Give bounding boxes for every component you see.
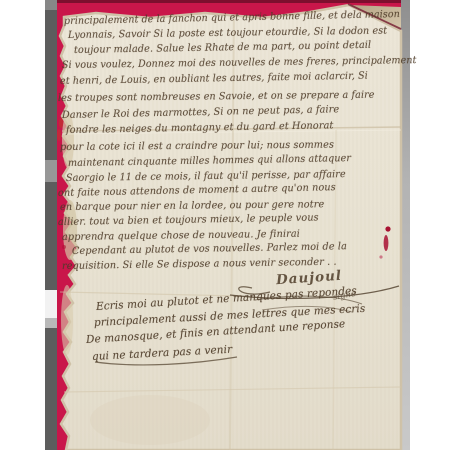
manuscript-line: qui ne tardera pas a venir	[92, 343, 233, 363]
manuscript-line: Cependant au plutot de vos nouvelles. Pa…	[72, 241, 347, 257]
manuscript-line: Lyonnais, Savoir Si la poste est toujour…	[68, 26, 387, 41]
manuscript-line: en barque pour nier en la lordee, ou pou…	[60, 199, 324, 213]
manuscript-line: apprendra quelque chose de nouveau. Je f…	[62, 229, 300, 243]
manuscript-line: requisition. Si elle Se dispose a nous v…	[62, 257, 337, 272]
letter-photo: principalement de la fanchon qui et apri…	[0, 0, 450, 450]
manuscript-text-layer: principalement de la fanchon qui et apri…	[0, 0, 450, 450]
manuscript-line: pour la cote ici il est a craindre pour …	[60, 140, 334, 153]
manuscript-line: fondre les neiges du montagny et du gard…	[66, 120, 334, 136]
manuscript-line: Saorgio le 11 de ce mois, il faut qu'il …	[66, 169, 346, 184]
manuscript-line: ont faite nous attendons de moment a aut…	[58, 182, 336, 199]
manuscript-line: les troupes sont nombreuses en Savoie, e…	[58, 90, 375, 104]
manuscript-line: et henri, de Louis, en oubliant les autr…	[60, 71, 368, 87]
manuscript-line: Danser le Roi des marmottes, Si on ne pe…	[62, 104, 339, 121]
manuscript-line: toujour malade. Salue les Rhate de ma pa…	[74, 40, 371, 56]
manuscript-line: principalement de la fanchon qui et apri…	[64, 9, 400, 27]
manuscript-line: allier. tout va bien et toujours mieux, …	[58, 212, 319, 228]
manuscript-line: Si vous voulez, Donnez moi des nouvelles…	[62, 55, 417, 71]
manuscript-line: maintenant cinquante milles hommes qui a…	[68, 153, 351, 169]
